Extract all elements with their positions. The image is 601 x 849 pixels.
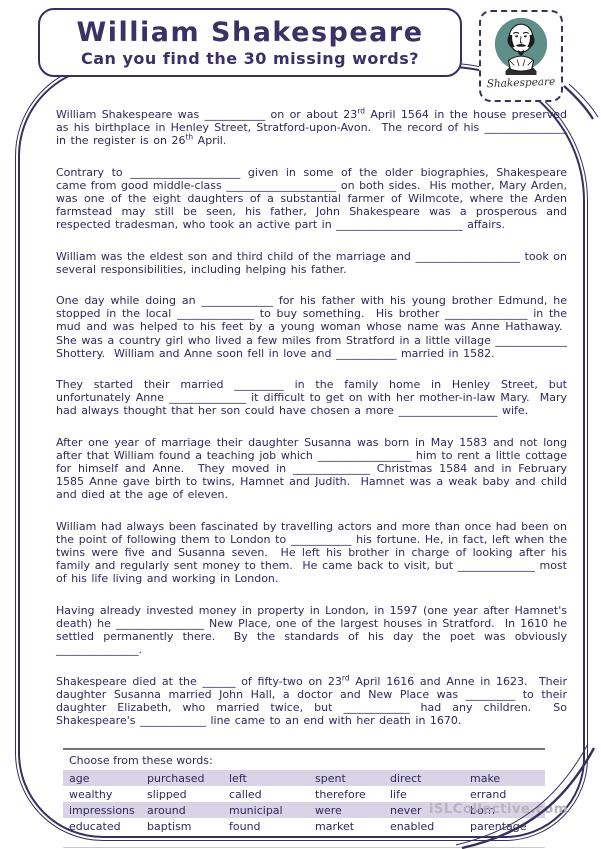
- word-bank-row: agepurchasedleftspentdirectmake: [63, 770, 545, 786]
- worksheet-paragraph: Contrary to ____________________ given i…: [56, 166, 567, 232]
- word-bank-word: left: [223, 770, 309, 786]
- word-bank-word: parentage: [464, 818, 545, 834]
- word-bank: Choose from these words: agepurchasedlef…: [63, 748, 545, 848]
- word-bank-word: therefore: [309, 786, 384, 802]
- worksheet-paragraph: William had always been fascinated by tr…: [56, 520, 567, 586]
- word-bank-word: around: [141, 802, 223, 818]
- word-bank-bottom-rule: [63, 847, 545, 848]
- paragraphs-container: William Shakespeare was ___________ on o…: [56, 108, 567, 727]
- portrait-box: Shakespeare: [479, 10, 563, 102]
- content-area: William Shakespeare was ___________ on o…: [56, 108, 567, 848]
- title-bubble: William Shakespeare Can you find the 30 …: [38, 8, 462, 77]
- worksheet-paragraph: After one year of marriage their daughte…: [56, 436, 567, 502]
- word-bank-word: found: [223, 818, 309, 834]
- worksheet-paragraph: Shakespeare died at the ______ of fifty-…: [56, 675, 567, 728]
- word-bank-word: baptism: [141, 818, 223, 834]
- portrait-caption: Shakespeare: [481, 76, 561, 91]
- worksheet-page: William Shakespeare was ___________ on o…: [0, 0, 601, 849]
- word-bank-header: Choose from these words:: [63, 750, 545, 770]
- word-bank-word: educated: [63, 818, 141, 834]
- word-bank-word: make: [464, 770, 545, 786]
- islcollective-watermark: iSLCollective.com: [429, 801, 568, 817]
- worksheet-title: William Shakespeare: [76, 17, 423, 48]
- word-bank-word: called: [223, 786, 309, 802]
- worksheet-paragraph: Having already invested money in propert…: [56, 604, 567, 657]
- word-bank-word: age: [63, 770, 141, 786]
- worksheet-paragraph: They started their married _________ in …: [56, 378, 567, 418]
- shakespeare-portrait-icon: [492, 15, 550, 75]
- word-bank-word: market: [309, 818, 384, 834]
- worksheet-paragraph: One day while doing an _____________ for…: [56, 294, 567, 360]
- word-bank-word: enabled: [384, 818, 464, 834]
- word-bank-word: wealthy: [63, 786, 141, 802]
- word-bank-word: errand: [464, 786, 545, 802]
- word-bank-word: impressions: [63, 802, 141, 818]
- content-border: William Shakespeare was ___________ on o…: [18, 66, 585, 838]
- word-bank-word: were: [309, 802, 384, 818]
- word-bank-word: municipal: [223, 802, 309, 818]
- word-bank-word: direct: [384, 770, 464, 786]
- worksheet-paragraph: William Shakespeare was ___________ on o…: [56, 108, 567, 148]
- word-bank-row: educatedbaptismfoundmarketenabledparenta…: [63, 818, 545, 834]
- word-bank-word: spent: [309, 770, 384, 786]
- worksheet-paragraph: William was the eldest son and third chi…: [56, 250, 567, 276]
- worksheet-subtitle: Can you find the 30 missing words?: [81, 49, 419, 68]
- word-bank-row: wealthyslippedcalledthereforelifeerrand: [63, 786, 545, 802]
- word-bank-word: slipped: [141, 786, 223, 802]
- word-bank-word: purchased: [141, 770, 223, 786]
- word-bank-word: life: [384, 786, 464, 802]
